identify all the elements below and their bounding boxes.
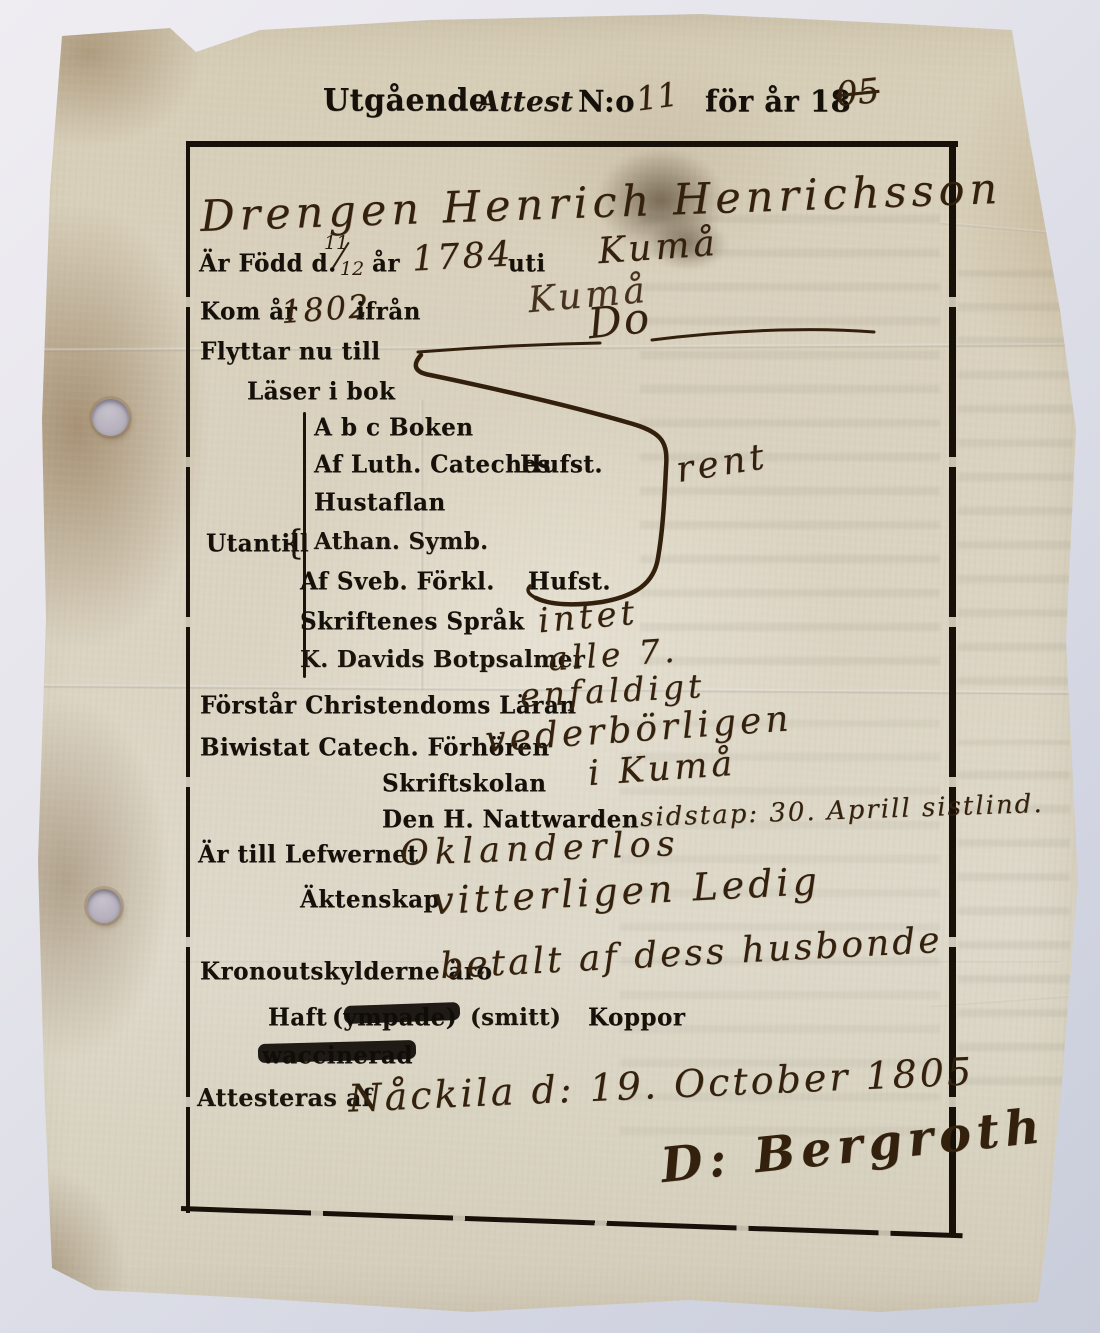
label-school: Skriftskolan [382,772,547,796]
book-item: Skriftenes Språk [300,610,525,634]
book-item: Athan. Symb. [314,530,488,553]
label-born-in: uti [508,252,546,276]
bleedthrough-text-ghost [958,270,1073,700]
frame-border-top [186,141,958,147]
label-pox-koppor: Koppor [588,1006,685,1030]
label-attested-by: Attesteras af [197,1086,372,1110]
label-born: Är Född d. [199,252,337,276]
photographed-document: Utgående Attest N:o 11 för år 18 05 Dren… [0,0,1100,1333]
header-title-attest: Attest [478,88,573,116]
handwritten-birthdate-fraction: 11 12 [322,232,366,282]
handwritten-rent-note: rent [674,439,771,489]
handwritten-communion-value: sidstap: 30. Aprill sistlind. [640,791,1044,831]
handwritten-birth-place: Kumå [597,226,720,270]
fold-crease [940,222,1080,236]
header-number-label: N:o [578,86,635,116]
handwritten-sprak-value: intet [537,596,640,639]
punch-hole [87,889,121,923]
label-pox-smitt: (smitt) [470,1006,561,1029]
fold-crease [42,343,1072,351]
handwritten-ditto: Do [586,297,653,345]
handwritten-birth-year: 1784 [411,237,514,277]
frame-border-left [186,147,190,1213]
book-item: A b c Boken [314,416,474,440]
header-title-word: Utgående [323,85,488,116]
book-item: Hustaflan [314,491,446,515]
label-pox-haft: Haft [268,1006,327,1030]
book-item-suffix: Hufst. [520,453,603,477]
book-item: K. Davids Botpsalmer [300,648,585,671]
punch-hole [92,399,129,436]
frame-border-bottom [181,1206,963,1238]
label-reads-in-book: Läser i bok [247,380,395,404]
signature: D: Bergroth [659,1102,1048,1190]
bleedthrough-text-ghost [640,210,940,680]
book-item: Af Luth. Cateches [314,453,551,477]
book-item-suffix: Hufst. [528,570,611,594]
utantill-brace: { [283,526,305,560]
label-marriage: Äktenskap [300,888,440,912]
label-conduct: Är till Lefwernet [198,843,419,867]
handwritten-taxes-value: betalt af dess husbonde [439,923,943,985]
header-year-label: för år 18 [705,86,851,116]
book-item: Af Sveb. Förkl. [300,570,495,594]
label-came-from: ifrån [356,300,421,324]
header-year-value: 05 [834,74,881,112]
handwritten-conduct-value: Oklanderlos [399,827,681,872]
label-born-year: år [372,252,400,276]
handwritten-name: Drengen Henrich Henrichsson [199,168,1002,239]
paper-sheet: Utgående Attest N:o 11 för år 18 05 Dren… [0,0,1100,1333]
fraction-denominator: 12 [340,258,364,280]
handwritten-school-value: i Kumå [587,747,737,792]
handwritten-attest-place-date: Nåckila d: 19. October 1805 [347,1052,974,1117]
header-number-value: 11 [634,77,680,116]
label-moves-to: Flyttar nu till [200,340,381,364]
